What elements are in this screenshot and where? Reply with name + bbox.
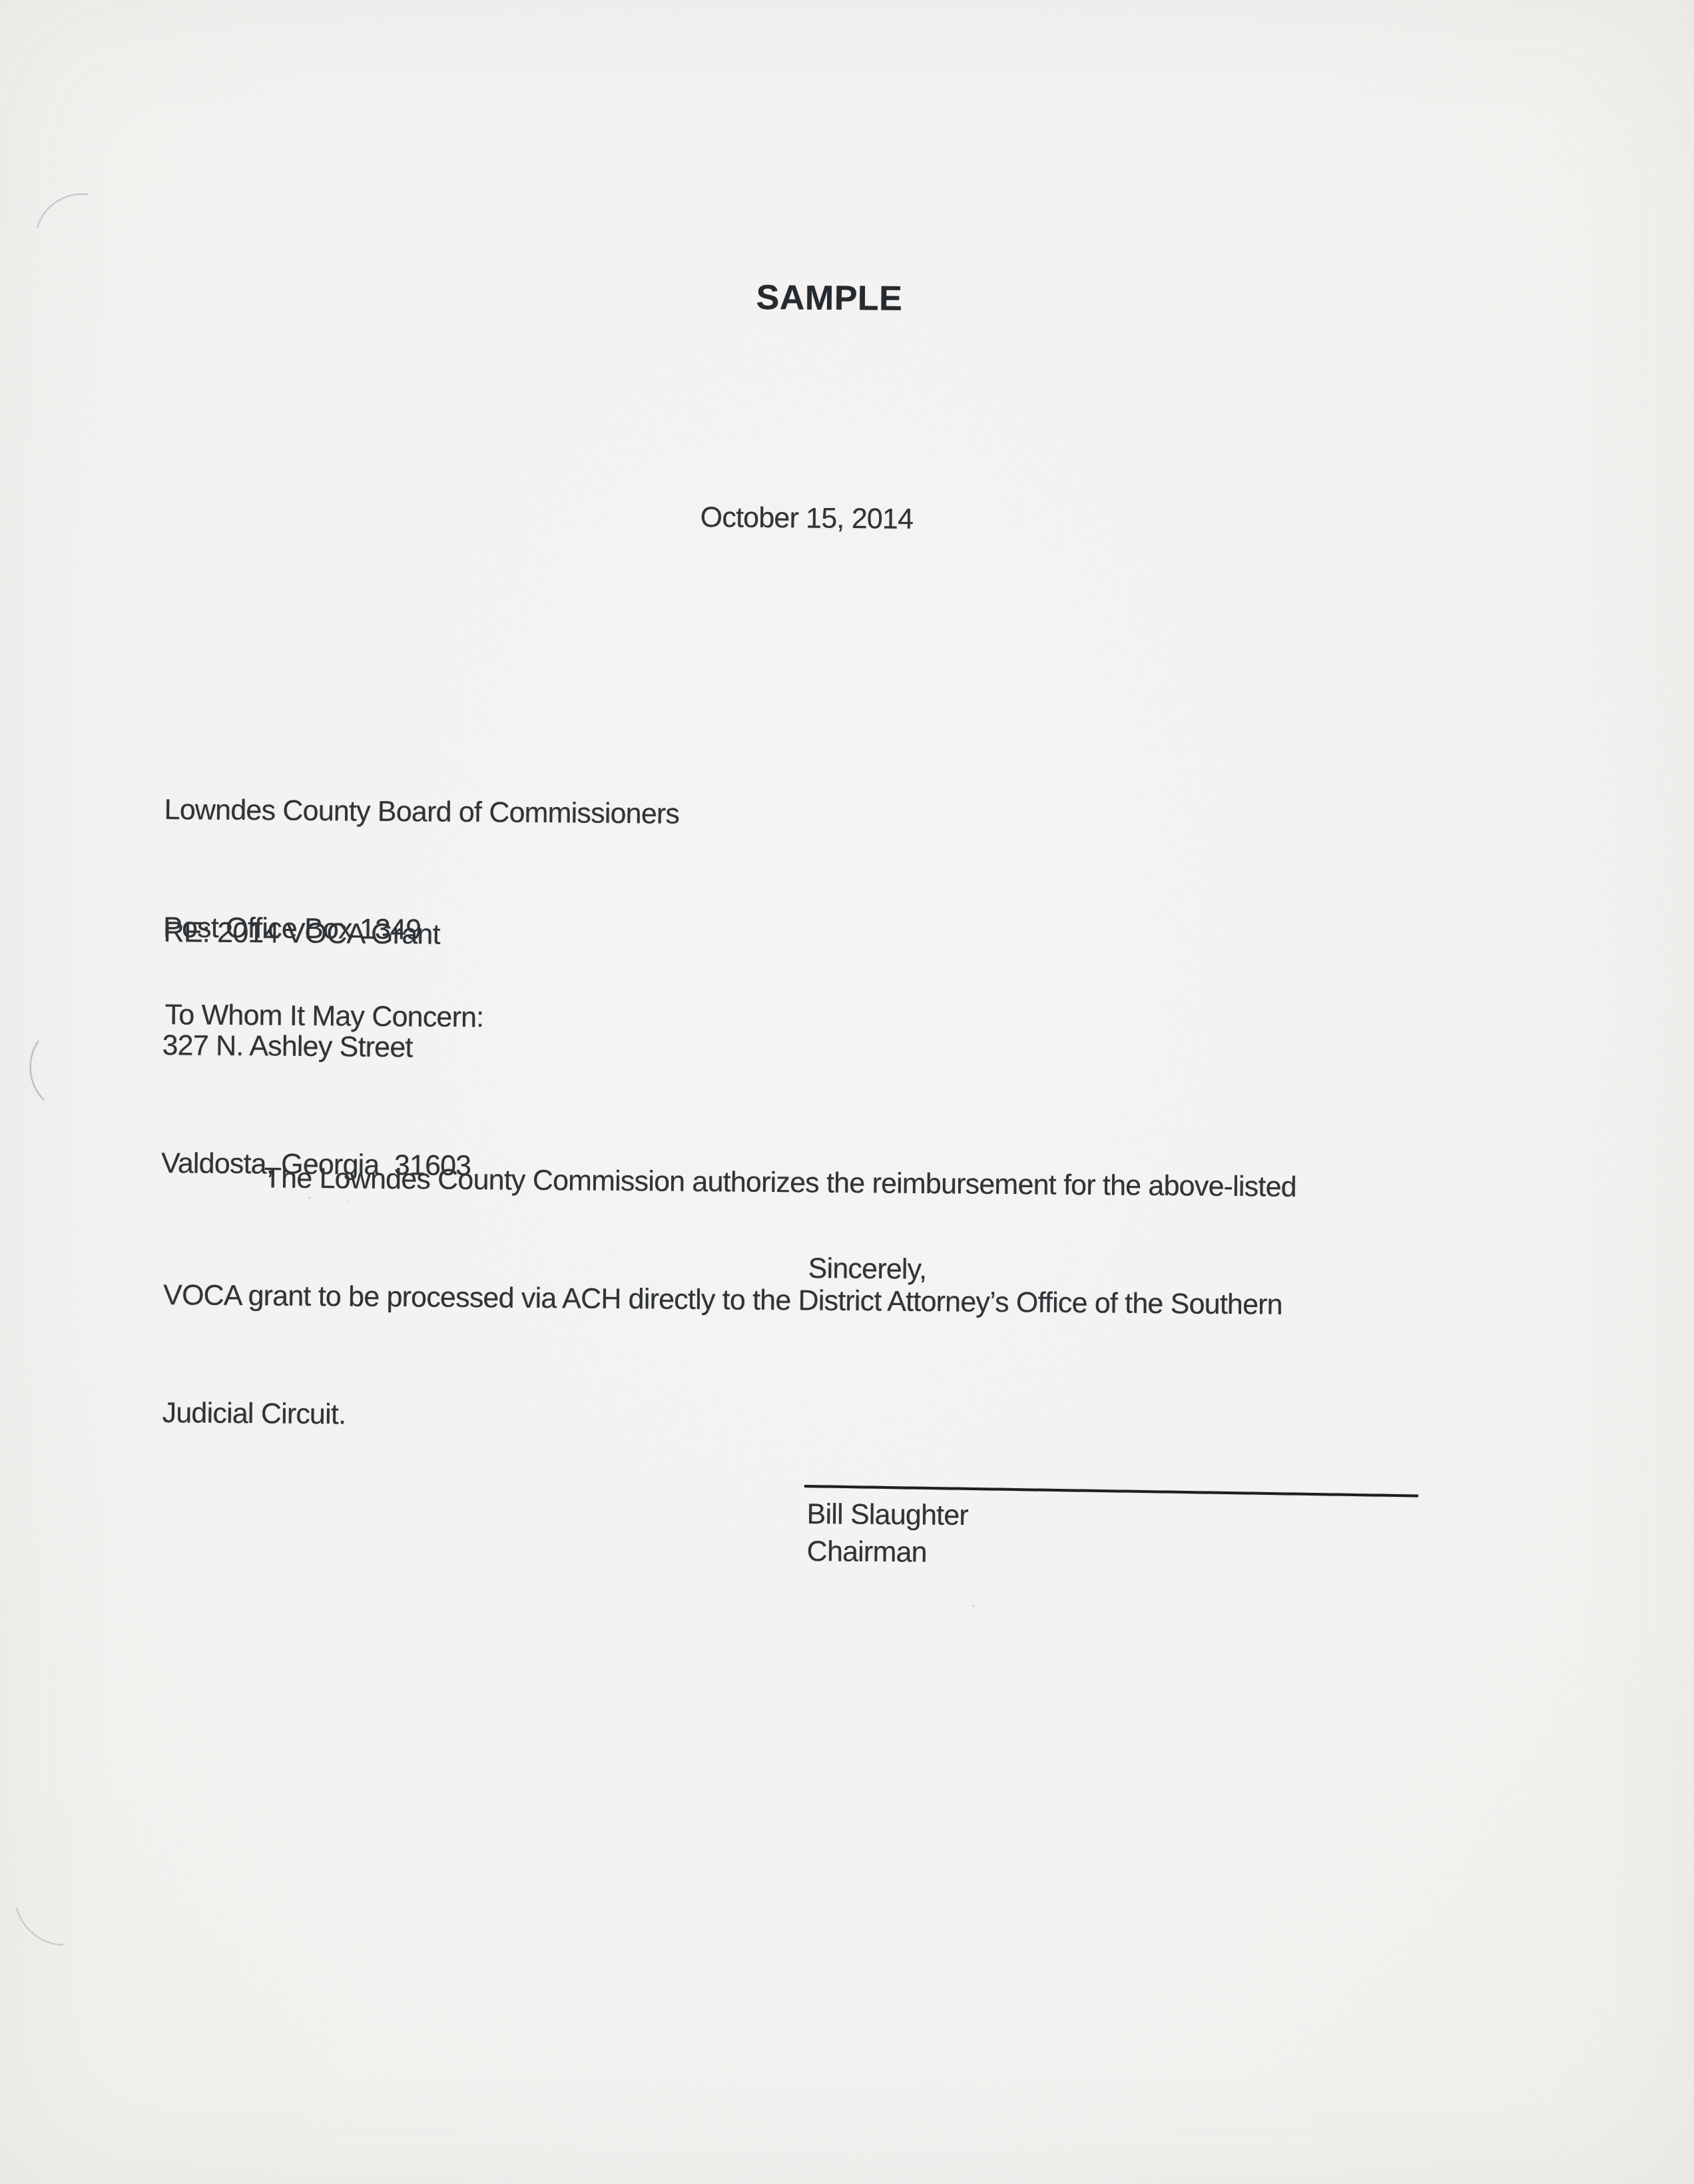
body-line-2: VOCA grant to be processed via ACH direc…: [163, 1276, 1296, 1325]
body-paragraph: The Lowndes County Commission authorizes…: [161, 1079, 1297, 1521]
body-line-1: The Lowndes County Commission authorizes…: [164, 1158, 1296, 1207]
body-line-3: Judicial Circuit.: [162, 1394, 1294, 1443]
recipient-name: Lowndes County Board of Commissioners: [164, 790, 679, 834]
subject-line: RE: 2014 VOCA Grant: [163, 913, 440, 955]
closing: Sincerely,: [808, 1249, 926, 1290]
salutation: To Whom It May Concern:: [164, 995, 483, 1037]
hole-punch-arc-top: [37, 194, 88, 228]
scanned-letter-page: SAMPLE October 15, 2014 Lowndes County B…: [0, 0, 1694, 2184]
scan-speck: [308, 1197, 311, 1199]
letter-date: October 15, 2014: [700, 498, 913, 539]
signer-title: Chairman: [806, 1532, 927, 1573]
signer-name: Bill Slaughter: [806, 1495, 968, 1535]
sample-watermark: SAMPLE: [756, 278, 902, 319]
hole-punch-arc-middle: [31, 1041, 44, 1100]
hole-punch-arc-bottom: [17, 1908, 63, 1945]
scan-speck: [972, 1605, 975, 1607]
scan-speck: [346, 1199, 348, 1201]
